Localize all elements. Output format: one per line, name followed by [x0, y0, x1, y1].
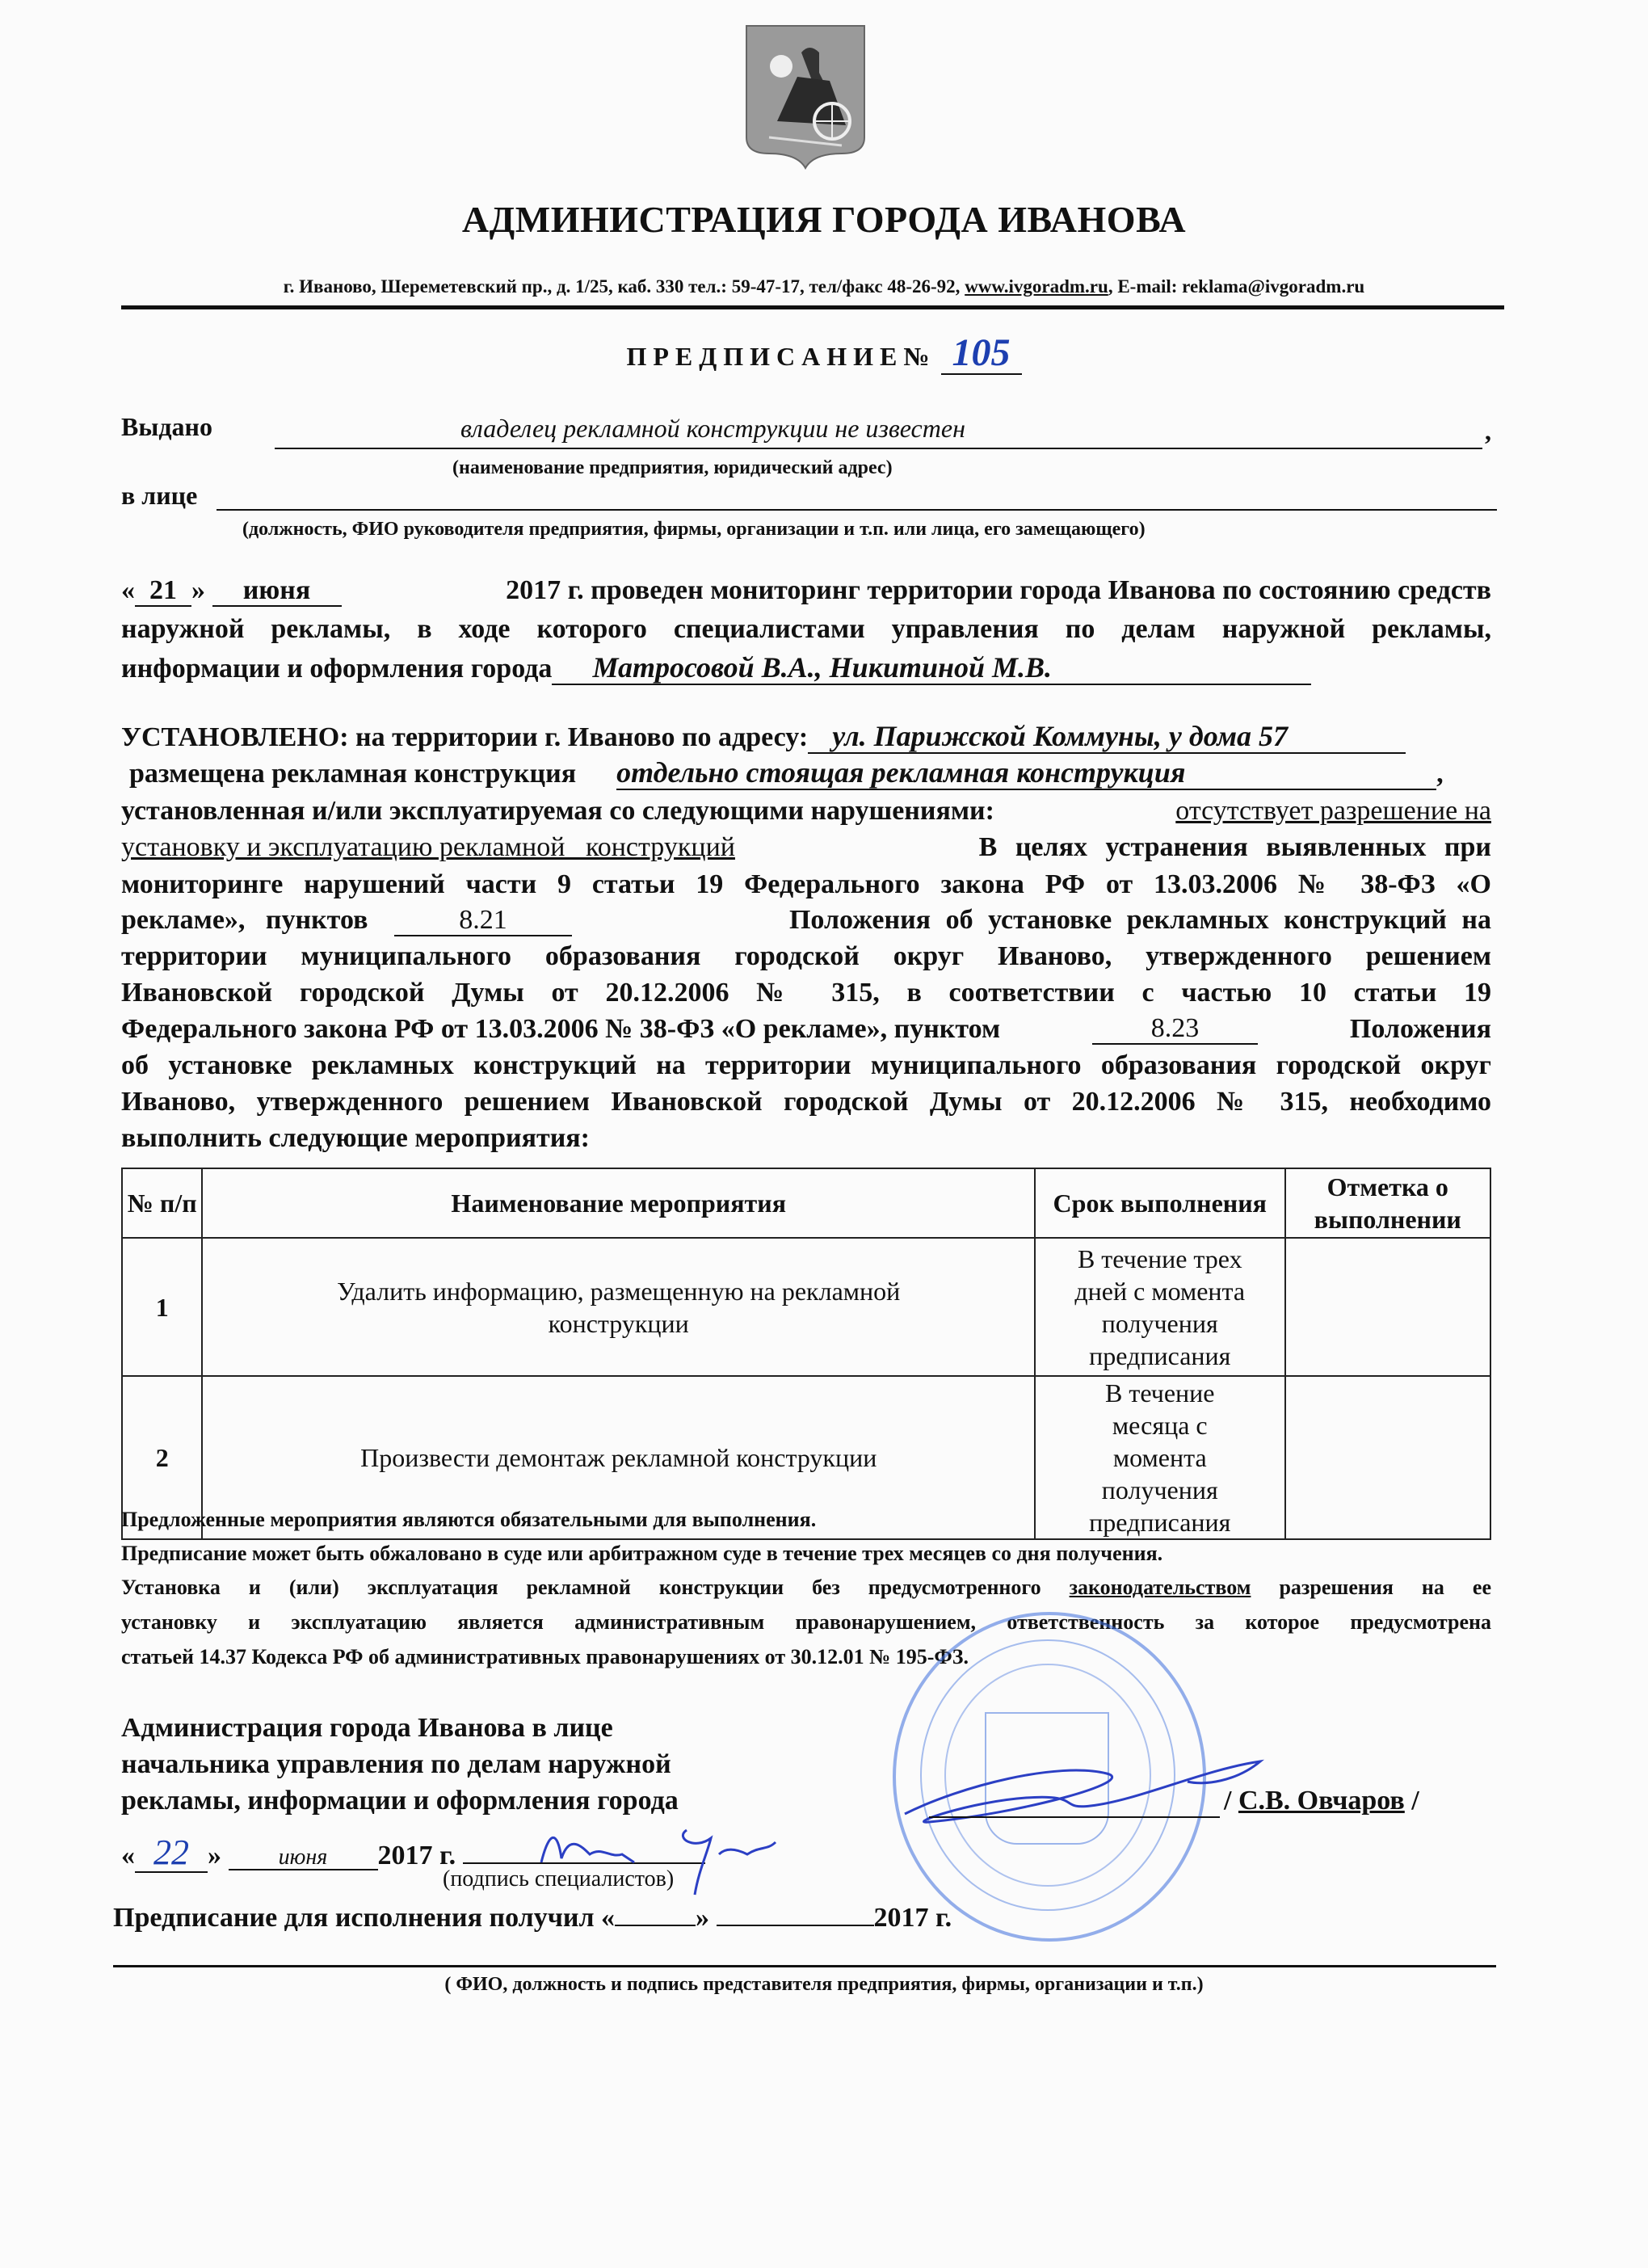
receipt-month-field[interactable]	[717, 1900, 874, 1926]
receipt-caption: ( ФИО, должность и подпись представителя…	[0, 1974, 1648, 1996]
row-action: Удалить информацию, размещенную на рекла…	[202, 1238, 1035, 1376]
coat-of-arms-icon	[745, 24, 866, 170]
head-name: / С.В. Овчаров /	[1224, 1786, 1419, 1816]
findings-address: ул. Парижской Коммуны, у дома 57	[808, 722, 1406, 754]
head-signature-field	[929, 1792, 1220, 1818]
website-link[interactable]: www.ivgoradm.ru	[965, 276, 1108, 297]
signature-month: июня	[229, 1845, 378, 1870]
findings-line-7: территории муниципального образования го…	[121, 941, 1491, 972]
receipt-line: Предписание для исполнения получил «» 20…	[113, 1900, 952, 1933]
receipt-signature-line	[113, 1965, 1496, 1967]
row-mark	[1285, 1238, 1490, 1376]
findings-line-5: мониторинге нарушений части 9 статьи 19 …	[121, 869, 1491, 900]
issued-to-value: владелец рекламной конструкции не извест…	[460, 414, 965, 444]
violation-text-2: установку и эксплуатацию рекламной конст…	[121, 832, 735, 863]
org-title: АДМИНИСТРАЦИЯ ГОРОДА ИВАНОВА	[0, 198, 1648, 241]
specialists-names: Матросовой В.А., Никитиной М.В.	[552, 653, 1311, 685]
monitoring-month: июня	[212, 576, 342, 607]
receipt-day-field[interactable]	[615, 1900, 696, 1926]
table-row: 1 Удалить информацию, размещенную на рек…	[122, 1238, 1490, 1376]
col-header-action: Наименование мероприятия	[202, 1168, 1035, 1238]
violation-text-1: отсутствует разрешение на	[1175, 796, 1491, 827]
monitoring-line-1: «21» июня 2017 г. проведен мониторинг те…	[121, 575, 1491, 607]
monitoring-line-2: наружной рекламы, в ходе которого специа…	[121, 614, 1491, 645]
findings-line-4: установку и эксплуатацию рекламной конст…	[121, 832, 1491, 863]
findings-line-9-suffix: Положения	[1350, 1014, 1491, 1045]
construction-prefix: размещена рекламная конструкция	[129, 759, 576, 789]
points-prefix: рекламе», пунктов	[121, 905, 368, 935]
issued-to-comma: ,	[1485, 416, 1491, 446]
findings-line-9-text: Федерального закона РФ от 13.03.2006 № 3…	[121, 1014, 1000, 1045]
document-title-text: П Р Е Д П И С А Н И Е №	[626, 342, 929, 371]
points-2: 8.23	[1092, 1014, 1258, 1045]
findings-line-1: УСТАНОВЛЕНО: на территории г. Иваново по…	[121, 722, 1491, 754]
signature-day: 22	[135, 1834, 208, 1873]
findings-line-3: установленная и/или эксплуатируемая со с…	[121, 796, 1491, 827]
note-liability-1: Установка и (или) эксплуатация рекламной…	[121, 1576, 1491, 1600]
findings-line-9: Федерального закона РФ от 13.03.2006 № 3…	[121, 1014, 1491, 1045]
monitoring-line-1-text: 2017 г. проведен мониторинг территории г…	[506, 575, 1491, 607]
monitoring-line-3: информации и оформления городаМатросовой…	[121, 653, 1491, 685]
document-number: 105	[941, 333, 1022, 375]
receipt-close-quote: »	[696, 1903, 709, 1933]
signer-line-1: Администрация города Иванова в лице	[121, 1713, 613, 1744]
row-deadline: В течение месяца с момента получения пре…	[1035, 1376, 1285, 1539]
row-num: 1	[122, 1238, 202, 1376]
note-liability-text-a: Установка и (или) эксплуатация рекламной…	[121, 1576, 1070, 1599]
row-deadline: В течение трех дней с момента получения …	[1035, 1238, 1285, 1376]
document-title: П Р Е Д П И С А Н И Е № 105	[0, 333, 1648, 375]
org-contacts: г. Иваново, Шереметевский пр., д. 1/25, …	[0, 276, 1648, 297]
table-header-row: № п/п Наименование мероприятия Срок выпо…	[122, 1168, 1490, 1238]
note-liability-3: статьей 14.37 Кодекса РФ об администрати…	[121, 1645, 969, 1669]
findings-line-4-text: В целях устранения выявленных при	[979, 832, 1491, 863]
violations-prefix: установленная и/или эксплуатируемая со с…	[121, 796, 994, 827]
specialists-caption: (подпись специалистов)	[443, 1866, 674, 1892]
person-caption: (должность, ФИО руководителя предприятия…	[242, 519, 1146, 541]
note-liability-underlined: законодательством	[1070, 1576, 1251, 1599]
issued-to-caption: (наименование предприятия, юридический а…	[452, 457, 893, 479]
col-header-deadline: Срок выполнения	[1035, 1168, 1285, 1238]
findings-line-6: рекламе», пунктов 8.21 Положения об уста…	[121, 905, 1491, 936]
findings-line-8: Ивановской городской Думы от 20.12.2006 …	[121, 978, 1491, 1008]
receipt-label: Предписание для исполнения получил «	[113, 1903, 615, 1933]
note-liability-text-b: разрешения на ее	[1251, 1576, 1491, 1599]
findings-line-2: размещена рекламная конструкцияотдельно …	[129, 758, 1499, 790]
receipt-year: 2017 г.	[874, 1903, 952, 1933]
col-header-mark: Отметка о выполнении	[1285, 1168, 1490, 1238]
findings-line-11: Иваново, утвержденного решением Ивановск…	[121, 1087, 1491, 1117]
head-name-text: С.В. Овчаров	[1238, 1786, 1405, 1816]
email-link[interactable]: reklama@ivgoradm.ru	[1182, 276, 1364, 297]
col-header-num: № п/п	[122, 1168, 202, 1238]
contact-address: г. Иваново, Шереметевский пр., д. 1/25, …	[284, 276, 965, 297]
issued-to-label: Выдано	[121, 412, 212, 442]
email-label: , E-mail:	[1108, 276, 1182, 297]
findings-label: УСТАНОВЛЕНО:	[121, 722, 349, 752]
header-divider	[121, 305, 1504, 309]
measures-table: № п/п Наименование мероприятия Срок выпо…	[121, 1168, 1491, 1540]
person-label: в лице	[121, 481, 197, 511]
findings-line-6-text: Положения об установке рекламных констру…	[789, 905, 1491, 936]
person-field	[217, 483, 1497, 511]
findings-line-10: об установке рекламных конструкций на те…	[121, 1050, 1491, 1081]
note-mandatory: Предложенные мероприятия являются обязат…	[121, 1508, 816, 1532]
head-signature-icon	[897, 1737, 1268, 1834]
row-mark	[1285, 1376, 1490, 1539]
note-appeal: Предписание может быть обжаловано в суде…	[121, 1542, 1162, 1566]
findings-line-12: выполнить следующие мероприятия:	[121, 1123, 1491, 1154]
monitoring-day: 21	[135, 576, 191, 607]
monitoring-line-3-text: информации и оформления города	[121, 654, 552, 684]
signer-line-2: начальника управления по делам наружной	[121, 1749, 671, 1780]
note-liability-2: установку и эксплуатацию является админи…	[121, 1610, 1491, 1635]
monitoring-date: «21» июня	[121, 575, 342, 607]
signer-line-3: рекламы, информации и оформления города	[121, 1786, 679, 1816]
construction-type: отдельно стоящая рекламная конструкция	[616, 758, 1436, 790]
findings-address-prefix: на территории г. Иваново по адресу:	[355, 722, 808, 752]
points-1: 8.21	[394, 906, 572, 936]
